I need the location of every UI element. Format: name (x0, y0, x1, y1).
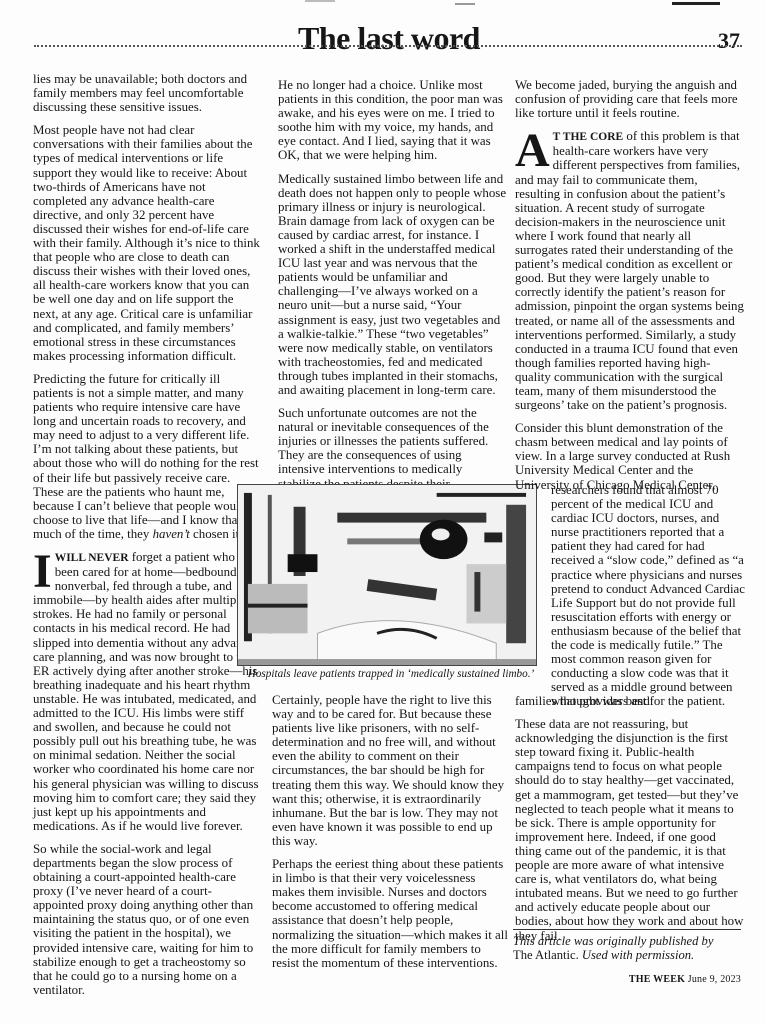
credit-text: Used with permission. (579, 948, 694, 962)
issue-date: June 9, 2023 (685, 974, 741, 985)
scan-mark (305, 0, 335, 2)
paragraph-text: chosen it. (190, 527, 243, 541)
column-2: He no longer had a choice. Unlike most p… (278, 78, 508, 514)
page-footer: THE WEEK June 9, 2023 (629, 974, 741, 985)
paragraph: Consider this blunt demonstration of the… (515, 421, 745, 491)
scan-mark (455, 3, 475, 5)
lead-in: T THE CORE (553, 131, 624, 143)
page-number: 37 (718, 28, 740, 54)
paragraph-text: forget a patient who had been cared for … (33, 550, 259, 833)
paragraph: Most people have not had clear conversat… (33, 123, 260, 363)
lead-in: WILL NEVER (55, 552, 129, 564)
drop-cap: A (515, 131, 550, 171)
hospital-photo (237, 484, 537, 666)
paragraph: Medically sustained limbo between life a… (278, 172, 508, 398)
paragraph: lies may be unavailable; both doctors an… (33, 72, 260, 114)
paragraph: Perhaps the eeriest thing about these pa… (272, 857, 508, 970)
photo-caption: Hospitals leave patients trapped in ‘med… (246, 668, 536, 680)
paragraph: Predicting the future for critically ill… (33, 372, 260, 541)
paragraph: Certainly, people have the right to live… (272, 693, 508, 848)
column-3-lower: families thought was best for the patien… (515, 694, 745, 952)
publisher-name: The Atlantic. (513, 948, 579, 962)
credit-divider (513, 929, 741, 930)
source-credit: This article was originally published by… (513, 934, 743, 962)
icu-bed-image-icon (238, 485, 536, 665)
column-1: lies may be unavailable; both doctors an… (33, 72, 260, 1006)
scan-mark (672, 2, 720, 5)
scan-marks (0, 0, 765, 8)
column-3-wrapped-text: researchers found that almost 70 percent… (551, 483, 746, 709)
column-2-lower: Certainly, people have the right to live… (272, 693, 508, 979)
section-opening-paragraph: IWILL NEVER forget a patient who had bee… (33, 550, 260, 833)
paragraph: He no longer had a choice. Unlike most p… (278, 78, 508, 163)
paragraph: families thought was best for the patien… (515, 694, 745, 708)
drop-cap: I (33, 552, 52, 592)
paragraph: So while the social-work and legal depar… (33, 842, 260, 997)
section-opening-paragraph: AT THE CORE of this problem is that heal… (515, 129, 745, 412)
publication-name: THE WEEK (629, 974, 685, 985)
paragraph-text: Predicting the future for critically ill… (33, 372, 259, 541)
credit-text: This article was originally published by (513, 934, 713, 948)
header-divider (34, 45, 742, 47)
section-title: The last word (34, 20, 744, 57)
paragraph: We become jaded, burying the anguish and… (515, 78, 745, 120)
paragraph-text: of this problem is that health-care work… (515, 129, 744, 412)
paragraph: These data are not reassuring, but ackno… (515, 717, 745, 943)
column-3: We become jaded, burying the anguish and… (515, 78, 745, 501)
page-header: The last word 37 (34, 14, 744, 54)
emphasis: haven’t (153, 527, 190, 541)
